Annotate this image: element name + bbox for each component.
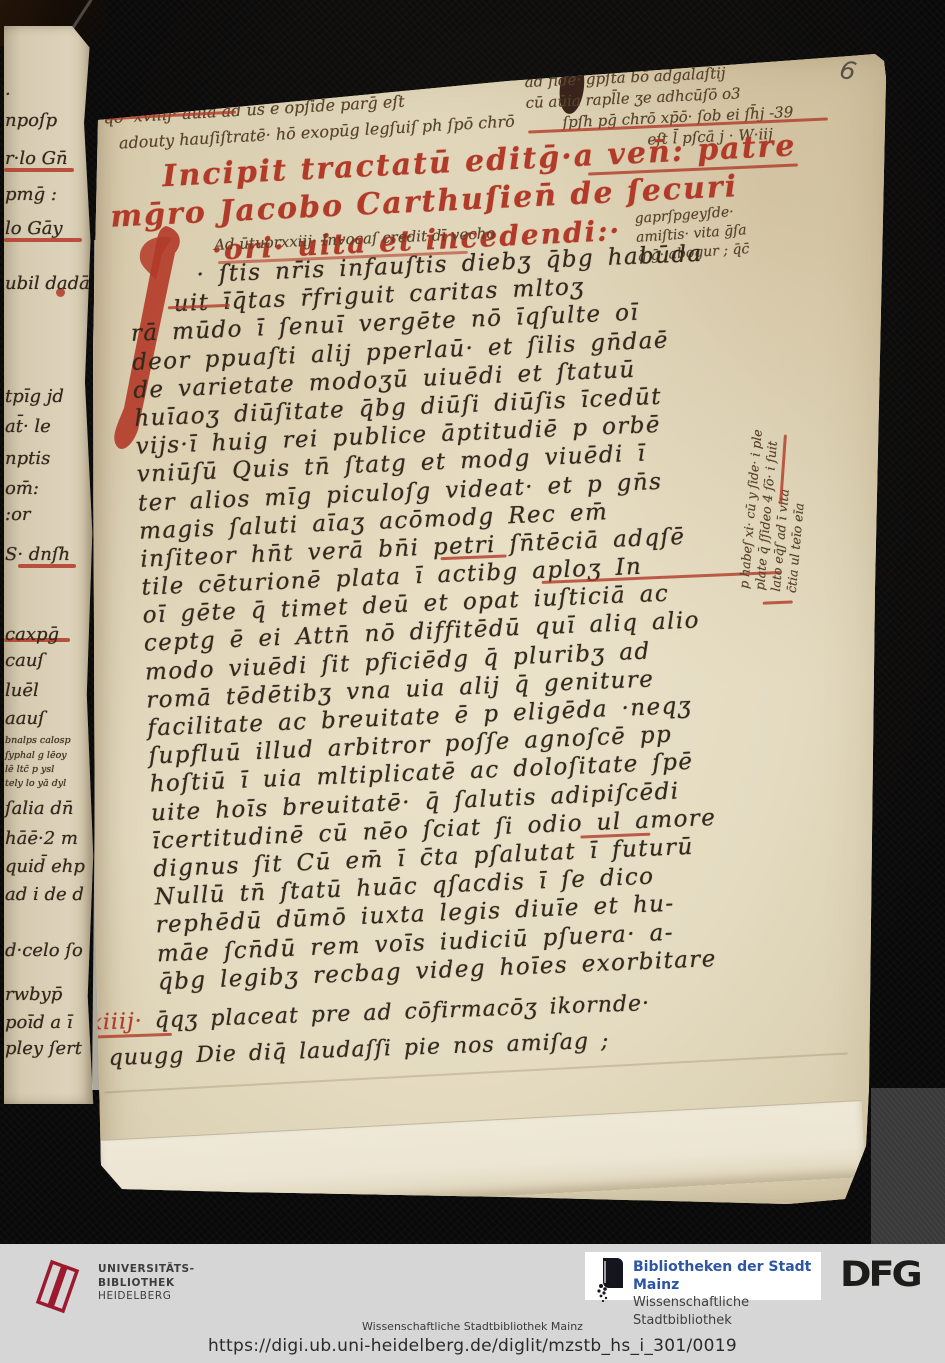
marginalia-fragment: nptis: [5, 448, 50, 469]
marginalia-fragment: ubil dadā: [5, 273, 90, 294]
marginalia-fragment: r·lo Gn̄: [5, 148, 68, 169]
marginalia-fragment: ſyphal g lēoy: [5, 750, 67, 761]
mainz-book-icon: [591, 1254, 631, 1302]
folio-number: 6: [837, 55, 859, 87]
heidelberg-logo: UNIVERSITÄTS- BIBLIOTHEK HEIDELBERG: [30, 1254, 195, 1316]
facing-page-edge: ·npoſpr·lo Gn̄pmḡ :lo Gāyubil dadātpīg j…: [4, 26, 96, 1104]
footer-caption: Wissenschaftliche Stadtbibliothek Mainz: [0, 1320, 945, 1333]
mainz-line1: Bibliotheken der Stadt Mainz: [633, 1258, 821, 1294]
heidelberg-line2: BIBLIOTHEK: [98, 1277, 195, 1291]
library-footer: UNIVERSITÄTS- BIBLIOTHEK HEIDELBERG Bibl…: [0, 1244, 945, 1363]
marginalia-fragment: om̄:: [5, 478, 39, 499]
marginalia-fragment: lē ltc̄ p ysl: [5, 764, 54, 775]
heidelberg-books-icon: [30, 1254, 86, 1316]
marginalia-fragment: :or: [5, 504, 31, 525]
closing-lines: ·xiiij· q̄qʒ placeat pre ad cōfirmacōʒ i…: [81, 986, 652, 1078]
marginalia-fragment: tely lo yā dyl: [5, 778, 66, 789]
marginalia-fragment: S· dnſh: [5, 544, 70, 565]
digitized-manuscript-screenshot: ·npoſpr·lo Gn̄pmḡ :lo Gāyubil dadātpīg j…: [0, 0, 945, 1363]
manuscript-page: 6 q̄ō· xviiij· aūiā ad us ē opſide parḡ …: [88, 48, 888, 1210]
marginalia-fragment: d·celo ſo: [5, 940, 83, 961]
marginalia-fragment: bnalps calosp: [5, 735, 71, 746]
footer-url: https://digi.ub.uni-heidelberg.de/diglit…: [0, 1336, 945, 1356]
marginalia-fragment: caxpḡ: [5, 624, 59, 645]
marginalia-fragment: hāē·2 m: [5, 828, 78, 849]
marginalia-fragment: at̄· le: [5, 416, 51, 437]
marginalia-fragment: ·: [5, 84, 11, 105]
page-bottom-edges: [99, 1100, 866, 1217]
marginalia-fragment: aauſ: [5, 708, 45, 729]
marginalia-fragment: tpīg jd: [5, 386, 64, 407]
marginalia-fragment: poīd a ī: [5, 1012, 73, 1033]
heidelberg-logo-text: UNIVERSITÄTS- BIBLIOTHEK HEIDELBERG: [98, 1263, 195, 1304]
marginalia-fragment: quid̄ ehp: [5, 856, 85, 877]
marginalia-fragment: pley ſert: [5, 1038, 82, 1059]
marginalia-fragment: luēl: [5, 680, 39, 701]
marginalia-fragment: ſalia dn̄: [5, 798, 73, 819]
book-cradle-fabric: [871, 1088, 945, 1244]
heidelberg-line3: HEIDELBERG: [98, 1290, 195, 1304]
red-margin-number: ·xiiij·: [81, 1008, 155, 1036]
marginalia-fragment: npoſp: [5, 110, 57, 131]
dfg-logo: DFG: [840, 1254, 920, 1294]
marginalia-fragment: rwbyp̄: [5, 984, 62, 1005]
mainz-logo: Bibliotheken der Stadt Mainz Wissenschaf…: [585, 1252, 821, 1300]
marginalia-fragment: cauſ: [5, 650, 44, 671]
marginalia-fragment: ad i de d: [5, 884, 84, 905]
marginalia-fragment: pmḡ :: [5, 184, 57, 205]
heidelberg-line1: UNIVERSITÄTS-: [98, 1263, 195, 1277]
marginalia-fragment: lo Gāy: [5, 218, 63, 239]
manuscript-photo: ·npoſpr·lo Gn̄pmḡ :lo Gāyubil dadātpīg j…: [0, 0, 945, 1244]
